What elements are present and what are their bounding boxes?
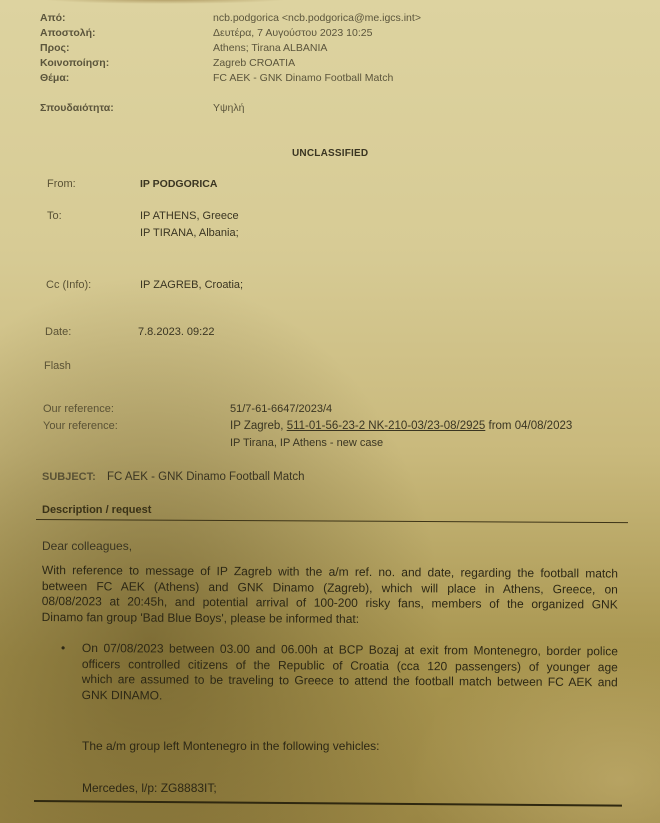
bullet-line: GNK DINAMO. — [82, 687, 618, 706]
header-subject-value: FC AEK - GNK Dinamo Football Match — [213, 72, 393, 84]
your-reference-line2: IP Tirana, IP Athens - new case — [230, 437, 383, 449]
header-to-value: Athens; Tirana ALBANIA — [213, 42, 327, 54]
your-reference-number: 511-01-56-23-2 NK-210-03/23-08/2925 — [287, 420, 486, 432]
bullet-marker: • — [61, 641, 65, 655]
bottom-divider — [34, 800, 622, 806]
your-reference-prefix: IP Zagreb, — [230, 420, 287, 432]
header-from-label: Από: — [40, 12, 66, 24]
priority-flag: Flash — [44, 360, 71, 372]
intro-paragraph: With reference to message of IP Zagreb w… — [42, 563, 618, 629]
from-label: From: — [47, 178, 76, 190]
subject-label: SUBJECT: — [42, 471, 96, 483]
vehicles-intro: The a/m group left Montenegro in the fol… — [82, 739, 380, 753]
our-reference-label: Our reference: — [43, 403, 114, 415]
to-value-1: IP ATHENS, Greece — [140, 210, 239, 222]
header-importance-value: Υψηλή — [213, 102, 244, 114]
section-title: Description / request — [42, 504, 151, 516]
page-edge-shadow — [40, 0, 290, 4]
from-value: IP PODGORICA — [140, 178, 217, 190]
your-reference-value: IP Zagreb, 511-01-56-23-2 NK-210-03/23-0… — [230, 420, 572, 432]
header-sent-label: Αποστολή: — [40, 27, 95, 39]
section-divider — [36, 519, 628, 523]
header-cc-value: Zagreb CROATIA — [213, 57, 295, 69]
bullet-paragraph: On 07/08/2023 between 03.00 and 06.00h a… — [82, 641, 618, 706]
classification-label: UNCLASSIFIED — [292, 148, 368, 159]
date-value: 7.8.2023. 09:22 — [138, 326, 214, 338]
header-importance-label: Σπουδαιότητα: — [40, 102, 114, 114]
subject-value: FC AEK - GNK Dinamo Football Match — [107, 471, 304, 483]
to-value-2: IP TIRANA, Albania; — [140, 227, 239, 239]
to-label: To: — [47, 210, 62, 222]
our-reference-value: 51/7-61-6647/2023/4 — [230, 403, 332, 415]
header-subject-label: Θέμα: — [40, 72, 69, 84]
header-to-label: Προς: — [40, 42, 69, 54]
header-cc-label: Κοινοποίηση: — [40, 57, 109, 69]
date-label: Date: — [45, 326, 71, 338]
your-reference-label: Your reference: — [43, 420, 118, 432]
vehicle-item: Mercedes, l/p: ZG8883IT; — [82, 781, 217, 795]
your-reference-suffix: from 04/08/2023 — [485, 420, 572, 432]
greeting: Dear colleagues, — [42, 539, 132, 553]
header-sent-value: Δευτέρα, 7 Αυγούστου 2023 10:25 — [213, 27, 372, 39]
header-from-value: ncb.podgorica <ncb.podgorica@me.igcs.int… — [213, 12, 421, 24]
cc-value: IP ZAGREB, Croatia; — [140, 279, 243, 291]
cc-label: Cc (Info): — [46, 279, 91, 291]
